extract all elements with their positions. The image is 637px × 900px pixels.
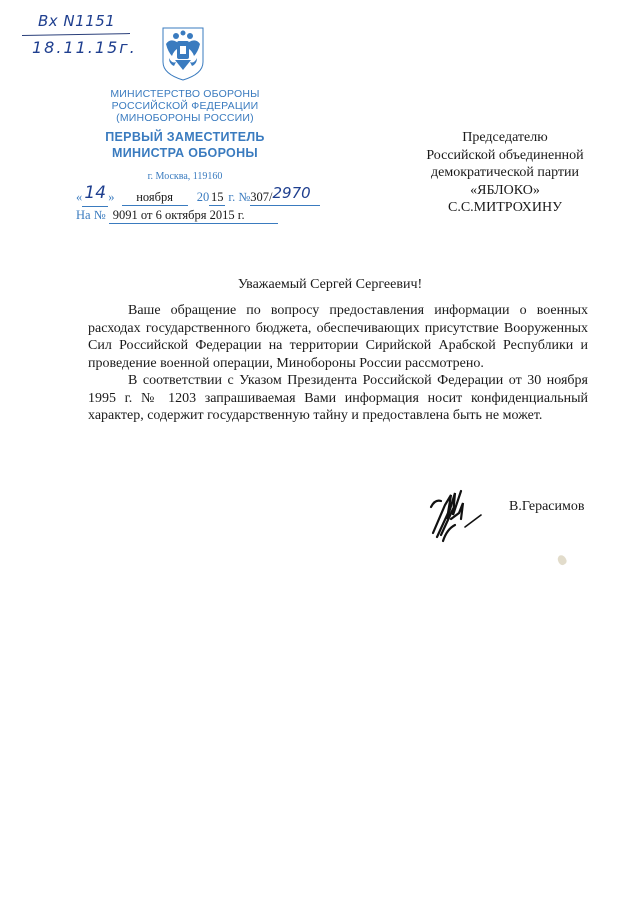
letter-number: 307/2970	[250, 187, 320, 206]
date-day: 14	[82, 186, 108, 207]
handwritten-signature-icon	[425, 485, 497, 543]
position-line: МИНИСТРА ОБОРОНЫ	[95, 145, 275, 161]
ministry-line: (МИНОБОРОНЫ РОССИИ)	[100, 112, 270, 124]
reference-label: На №	[76, 208, 106, 222]
addressee-line: Российской объединенной	[395, 147, 615, 165]
russian-coat-of-arms-icon	[160, 26, 206, 82]
body-paragraph: Ваше обращение по вопросу предоставления…	[88, 302, 588, 372]
salutation: Уважаемый Сергей Сергеевич!	[60, 277, 600, 293]
addressee-line: С.С.МИТРОХИНУ	[395, 199, 615, 217]
ministry-name: МИНИСТЕРСТВО ОБОРОНЫ РОССИЙСКОЙ ФЕДЕРАЦИ…	[100, 88, 270, 124]
year-prefix: 20	[197, 190, 210, 204]
sender-position: ПЕРВЫЙ ЗАМЕСТИТЕЛЬ МИНИСТРА ОБОРОНЫ	[95, 129, 275, 161]
date-month: ноября	[122, 190, 188, 206]
addressee-line: демократической партии	[395, 164, 615, 182]
incoming-number: Вх N1151	[38, 12, 115, 30]
date-day-value: 14	[84, 183, 106, 203]
letter-number-printed: 307/	[250, 190, 272, 204]
addressee-block: Председателю Российской объединенной дем…	[395, 129, 615, 217]
close-quote: »	[108, 190, 114, 204]
paper-stain	[556, 554, 568, 567]
reference-row: На № 9091 от 6 октября 2015 г.	[76, 208, 278, 224]
letter-date-row: «14» ноября 2015 г. №307/2970	[76, 186, 320, 207]
signer-name: В.Герасимов	[509, 499, 584, 515]
reference-value: 9091 от 6 октября 2015 г.	[109, 208, 278, 224]
year-suffix: 15	[209, 190, 225, 206]
incoming-date: 18.11.15г.	[32, 38, 137, 57]
stamp-divider	[22, 33, 130, 36]
letter-number-handwritten: 2970	[273, 184, 311, 202]
letter-body: Ваше обращение по вопросу предоставления…	[88, 302, 588, 425]
year-unit: г.	[228, 190, 235, 204]
ministry-line: РОССИЙСКОЙ ФЕДЕРАЦИИ	[100, 100, 270, 112]
addressee-line: Председателю	[395, 129, 615, 147]
number-label: №	[238, 190, 250, 204]
position-line: ПЕРВЫЙ ЗАМЕСТИТЕЛЬ	[95, 129, 275, 145]
ministry-line: МИНИСТЕРСТВО ОБОРОНЫ	[100, 88, 270, 100]
city-address: г. Москва, 119160	[100, 171, 270, 182]
addressee-line: «ЯБЛОКО»	[395, 182, 615, 200]
body-paragraph: В соответствии с Указом Президента Росси…	[88, 372, 588, 425]
